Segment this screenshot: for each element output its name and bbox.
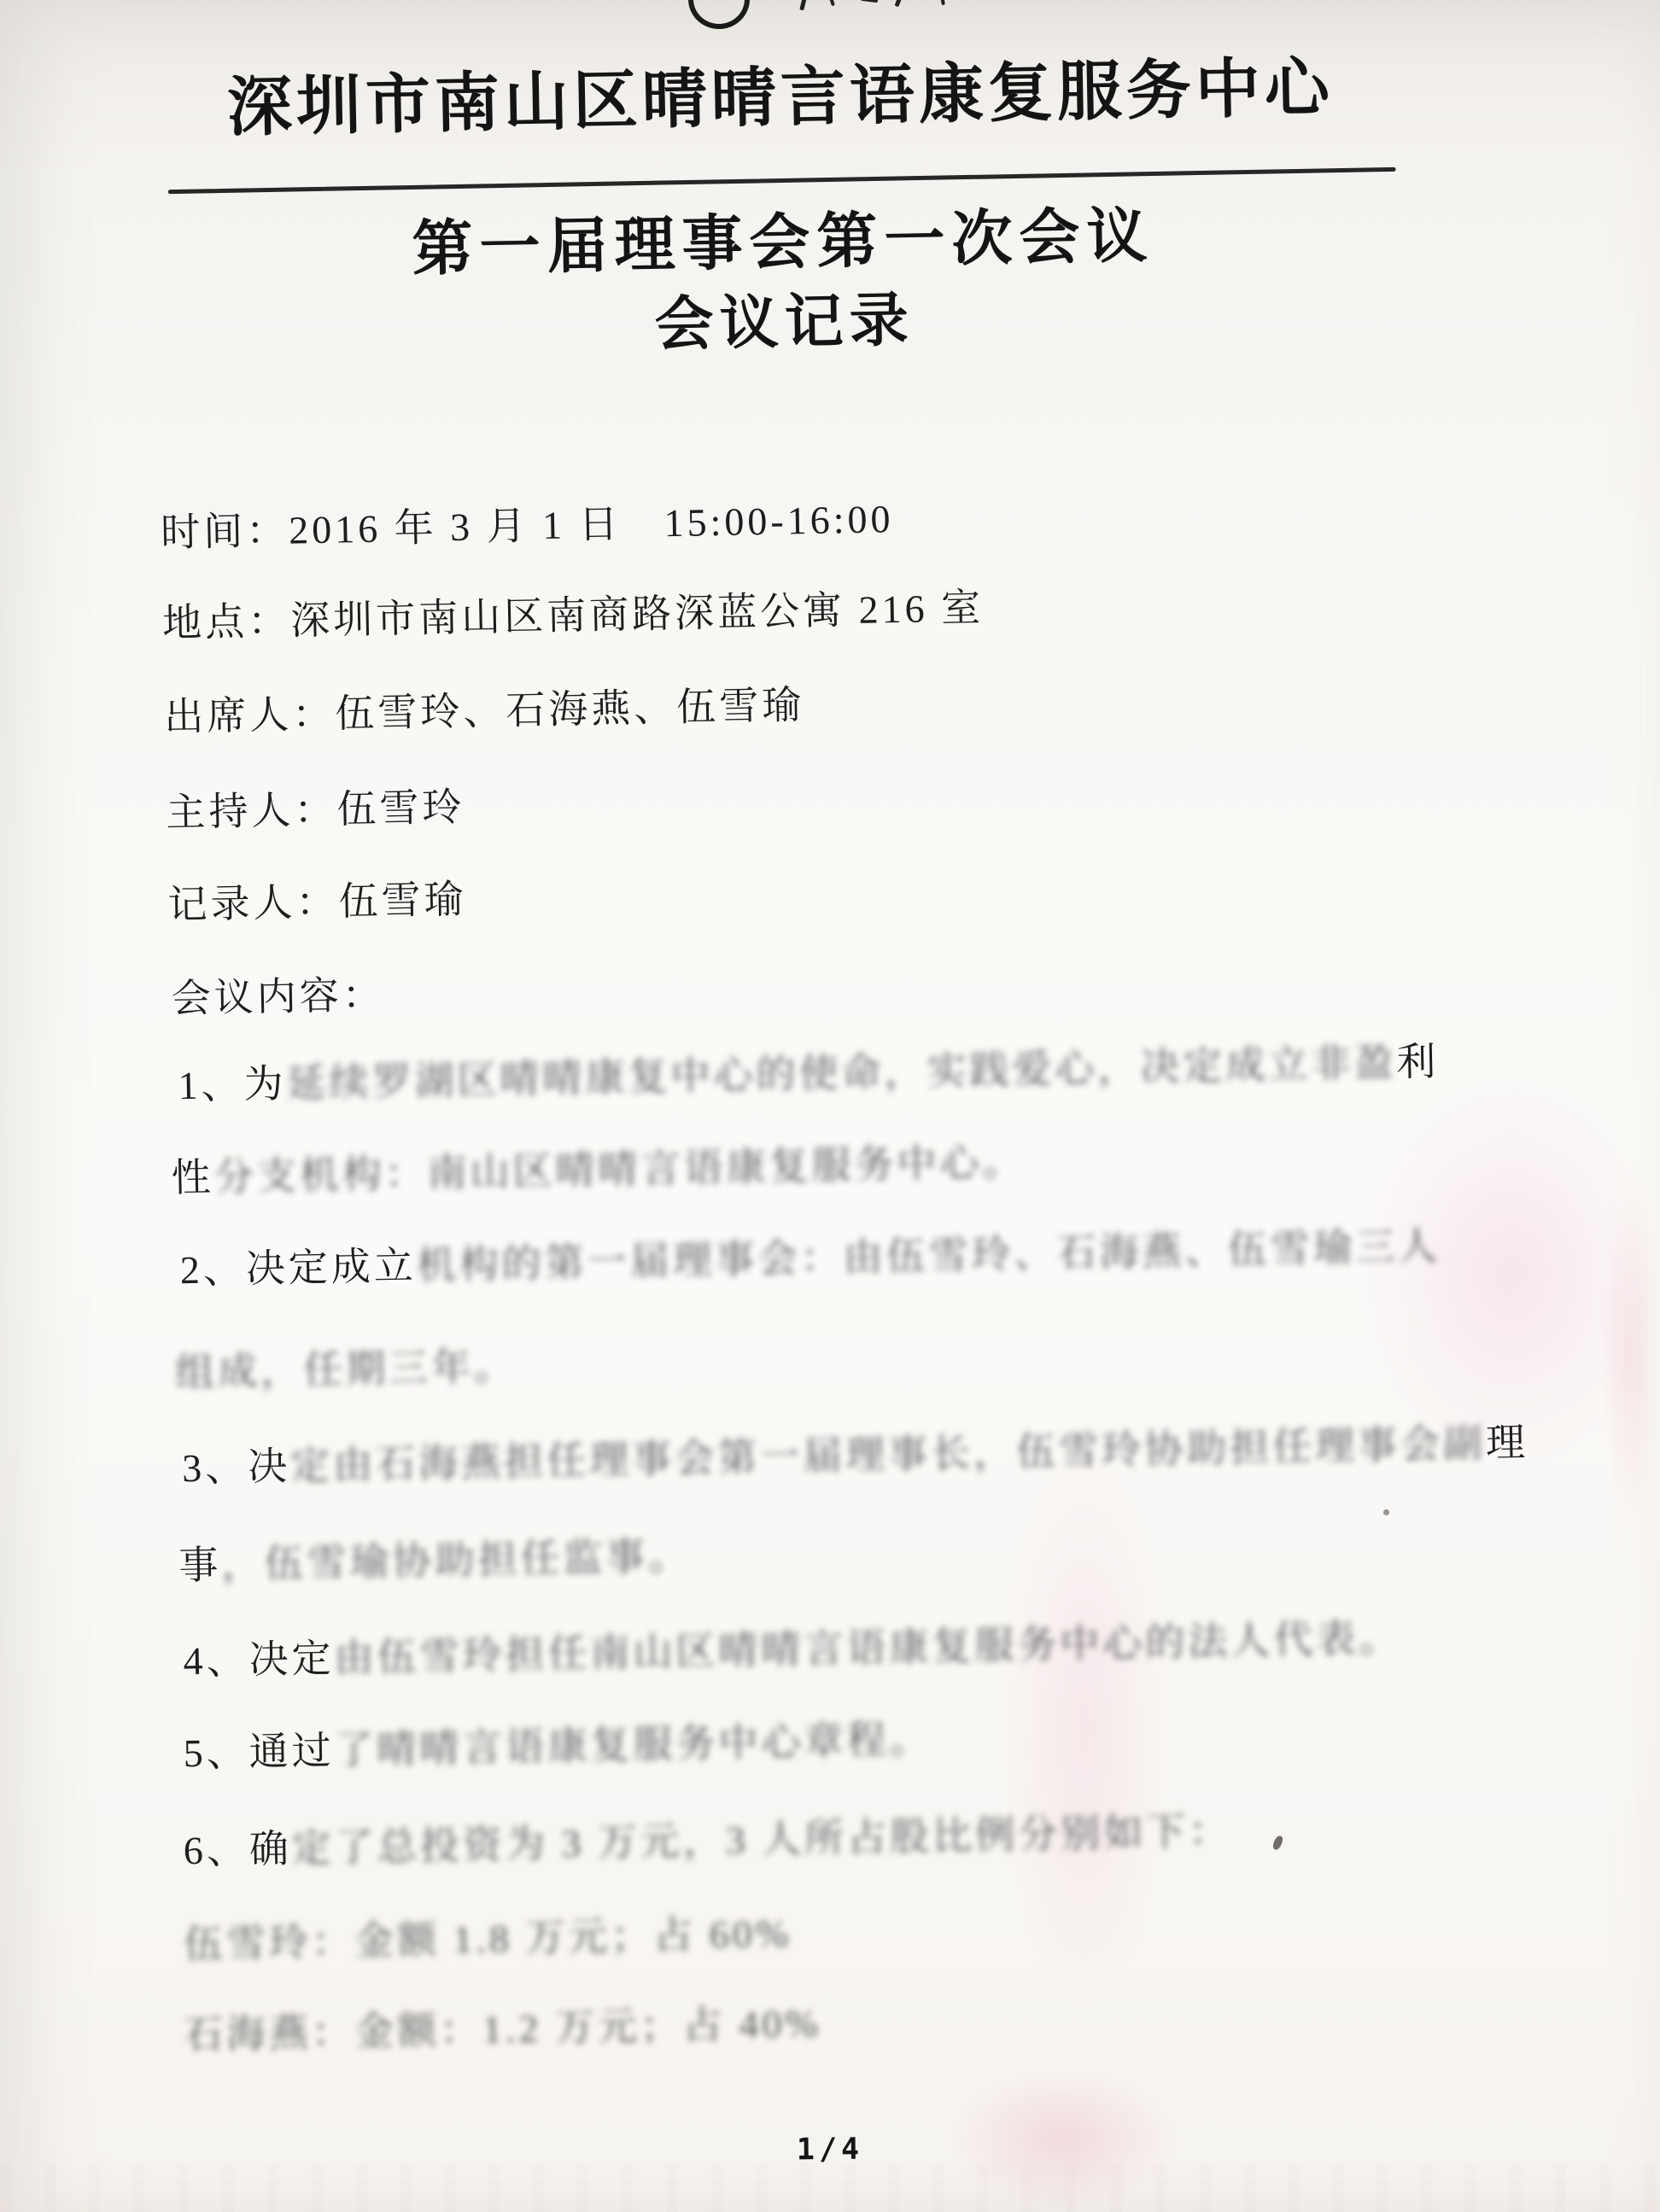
page-number: 1/4 <box>745 2132 915 2168</box>
meeting-place-line: 地点：深圳市南山区南商路深蓝公寓 216 室 <box>162 582 985 649</box>
meeting-time-line: 时间：2016 年 3 月 1 日 15:00-16:00 <box>161 493 894 558</box>
redacted-text: 定由石海燕担任理事会第一届理事长，伍雪玲协助担任理事会副 <box>290 1421 1487 1488</box>
clear-text: 6、确 <box>183 1827 292 1872</box>
redacted-text: 机构的第一届理事会：由伍雪玲、石海燕、伍雪瑜三人 <box>416 1224 1441 1287</box>
clear-text: 1、为 <box>178 1062 287 1107</box>
host-line: 主持人：伍雪玲 <box>166 782 465 839</box>
minutes-line: 6、确定了总投资为 3 万元，3 人所占股比例分别如下： <box>183 1806 1231 1876</box>
redacted-text: 了晴晴言语康复服务中心章程。 <box>334 1717 932 1771</box>
minutes-line: 4、决定由伍雪玲担任南山区晴晴言语康复服务中心的法人代表。 <box>183 1613 1402 1687</box>
minutes-line: 性分支机构：南山区晴晴言语康复服务中心。 <box>171 1136 1026 1204</box>
redacted-text: ，伍雪瑜协助担任监事。 <box>221 1534 692 1587</box>
redacted-text: 组成，任期三年。 <box>175 1345 517 1395</box>
minutes-line: 事，伍雪瑜协助担任监事。 <box>178 1531 692 1591</box>
minutes-line: 2、决定成立机构的第一届理事会：由伍雪玲、石海燕、伍雪瑜三人 <box>179 1221 1441 1296</box>
redacted-text: 石海燕：金额：1.2 万元；占 40% <box>183 2001 821 2057</box>
redacted-text: 延续罗湖区晴晴康复中心的使命，实践爱心，决定成立非盈 <box>286 1041 1397 1106</box>
scanned-document-page: 深圳市南山区晴晴言语康复服务中心 第一届理事会第一次会议 会议记录 时间：201… <box>0 0 1660 2212</box>
minutes-line: 伍雪玲：金额 1.8 万元；占 60% <box>183 1908 792 1970</box>
minutes-line: 5、通过了晴晴言语康复服务中心章程。 <box>183 1713 932 1779</box>
clear-text: 事 <box>178 1543 222 1587</box>
redacted-text: 分支机构：南山区晴晴言语康复服务中心。 <box>213 1140 1026 1199</box>
minutes-line: 组成，任期三年。 <box>175 1341 517 1398</box>
redacted-text: 定了总投资为 3 万元，3 人所占股比例分别如下： <box>291 1809 1231 1871</box>
minutes-line: 3、决定由石海燕担任理事会第一届理事长，伍雪玲协助担任理事会副理 <box>182 1417 1529 1494</box>
clear-text: 2、决定成立 <box>179 1244 417 1292</box>
clear-text: 利 <box>1396 1040 1440 1084</box>
minutes-line: 1、为延续罗湖区晴晴康复中心的使命，实践爱心，决定成立非盈利 <box>178 1036 1440 1112</box>
clear-text: 4、决定 <box>183 1637 335 1683</box>
document-body: 时间：2016 年 3 月 1 日 15:00-16:00 地点：深圳市南山区南… <box>0 0 1660 2212</box>
recorder-line: 记录人：伍雪瑜 <box>167 874 467 931</box>
clear-text: 理 <box>1485 1421 1528 1465</box>
clear-text: 5、通过 <box>183 1729 335 1775</box>
content-heading: 会议内容： <box>171 970 385 1025</box>
minutes-line: 石海燕：金额：1.2 万元；占 40% <box>183 1998 821 2061</box>
attendees-line: 出席人：伍雪玲、石海燕、伍雪瑜 <box>164 680 805 743</box>
redacted-text: 伍雪玲：金额 1.8 万元；占 60% <box>183 1911 792 1967</box>
clear-text: 性 <box>171 1155 214 1199</box>
clear-text: 3、决 <box>182 1445 291 1490</box>
redacted-text: 由伍雪玲担任南山区晴晴言语康复服务中心的法人代表。 <box>334 1616 1402 1680</box>
